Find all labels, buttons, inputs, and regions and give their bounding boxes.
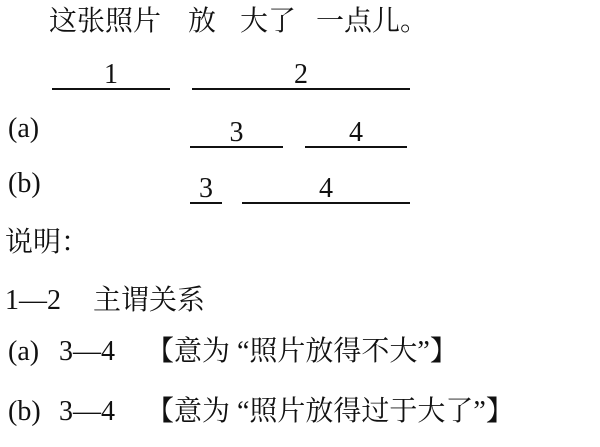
reading-b-underline-3	[190, 202, 222, 204]
notes-heading: 说明：	[5, 226, 89, 260]
relation-ref: 1—2	[5, 284, 61, 318]
reading-b-label: (b)	[8, 167, 41, 201]
relation-text: 主谓关系	[93, 284, 205, 318]
constituent-number-1: 1	[52, 62, 170, 88]
reading-a-underline-4	[305, 146, 407, 148]
reading-a-constituent-number-3: 3	[190, 120, 283, 146]
meaning-b-ref: 3—4	[59, 395, 115, 429]
reading-a-constituent-number-4: 4	[305, 120, 407, 146]
reading-b-constituent-number-3: 3	[190, 176, 222, 202]
meaning-a-text: 【意为 “照片放得不大”】	[146, 335, 458, 369]
sentence-segment-1: 这张照片	[49, 5, 161, 39]
meaning-b-text: 【意为 “照片放得过于大了”】	[146, 395, 514, 429]
reading-a-label: (a)	[8, 112, 39, 146]
constituent-underline-2	[192, 88, 410, 90]
meaning-a-ref: 3—4	[59, 335, 115, 369]
sentence-segment-3: 大了	[240, 5, 296, 39]
reading-a-underline-3	[190, 146, 283, 148]
constituent-underline-1	[52, 88, 170, 90]
sentence-segment-2: 放	[188, 5, 216, 39]
sentence-segment-4: 一点儿。	[316, 5, 428, 39]
reading-b-constituent-number-4: 4	[242, 176, 410, 202]
meaning-b-label: (b)	[8, 395, 41, 429]
reading-b-underline-4	[242, 202, 410, 204]
document-page: 这张照片 放 大了 一点儿。 1 2 (a) 3 4 (b) 3 4 说明： 1…	[0, 0, 600, 447]
meaning-a-label: (a)	[8, 335, 39, 369]
constituent-number-2: 2	[192, 62, 410, 88]
